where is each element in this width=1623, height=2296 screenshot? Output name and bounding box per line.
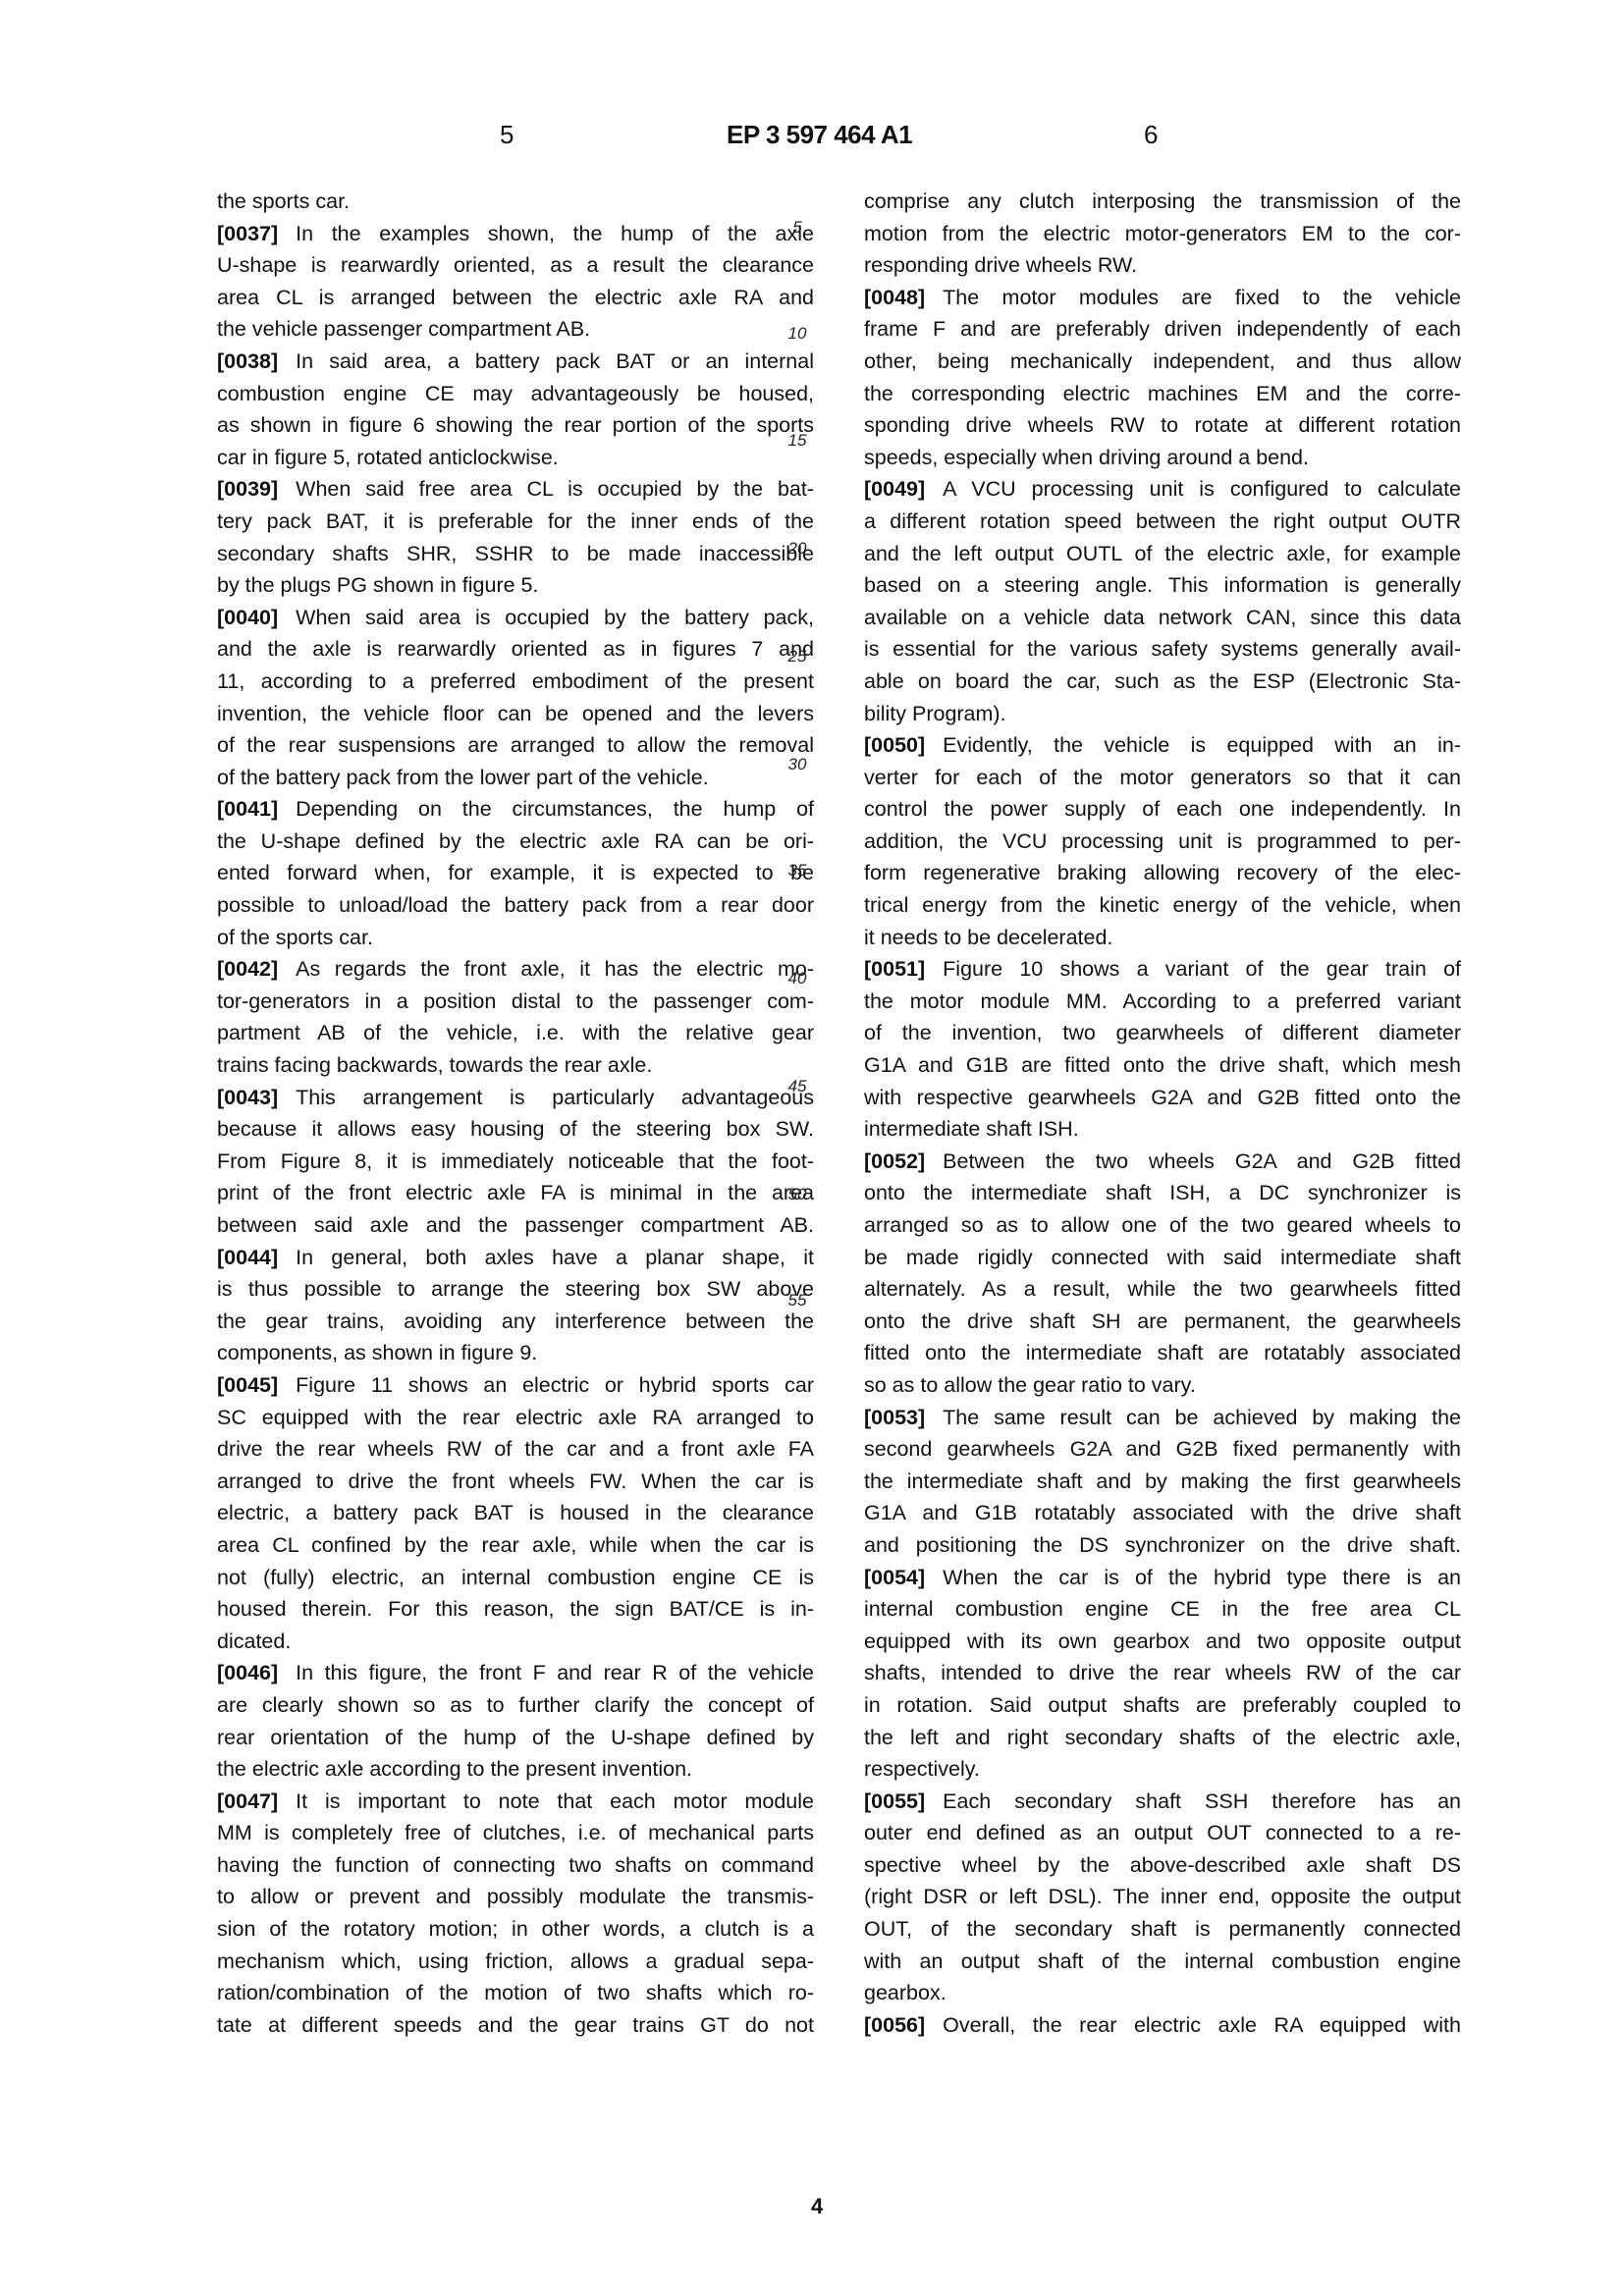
text-line: between said axle and the passenger comp…: [217, 1209, 814, 1242]
margin-line-number: 15: [778, 431, 817, 451]
text-line: of the sports car.: [217, 922, 814, 954]
text-line: components, as shown in figure 9.: [217, 1337, 814, 1369]
line-text: internal combustion engine CE in the fre…: [864, 1597, 1461, 1621]
line-text: In said area, a battery pack BAT or an i…: [296, 349, 814, 373]
line-text: form regenerative braking allowing recov…: [864, 861, 1461, 884]
paragraph-number: [0052]: [864, 1149, 925, 1173]
text-line: are clearly shown so as to further clari…: [217, 1689, 814, 1722]
text-line: onto the drive shaft SH are permanent, t…: [864, 1306, 1461, 1338]
page-number: 4: [811, 2194, 823, 2219]
line-text: secondary shafts SHR, SSHR to be made in…: [217, 542, 814, 565]
line-text: and the left output OUTL of the electric…: [864, 542, 1461, 565]
line-text: with an output shaft of the internal com…: [864, 1949, 1461, 1973]
text-line: in rotation. Said output shafts are pref…: [864, 1689, 1461, 1722]
line-text: by the plugs PG shown in figure 5.: [217, 573, 538, 597]
line-text: based on a steering angle. This informat…: [864, 573, 1461, 597]
line-text: outer end defined as an output OUT conne…: [864, 1821, 1461, 1844]
line-text: alternately. As a result, while the two …: [864, 1277, 1461, 1301]
line-text: arranged to drive the front wheels FW. W…: [217, 1469, 814, 1493]
paragraph-number: [0047]: [217, 1789, 278, 1813]
line-text: is essential for the various safety syst…: [864, 637, 1461, 661]
text-line: mechanism which, using friction, allows …: [217, 1946, 814, 1978]
line-text: able on board the car, such as the ESP (…: [864, 669, 1461, 693]
text-line: the electric axle according to the prese…: [217, 1753, 814, 1786]
text-line: based on a steering angle. This informat…: [864, 569, 1461, 602]
line-text: speeds, especially when driving around a…: [864, 446, 1309, 469]
line-text: trains facing backwards, towards the rea…: [217, 1053, 652, 1077]
line-text: Overall, the rear electric axle RA equip…: [943, 2013, 1461, 2037]
paragraph-start-line: [0044]In general, both axles have a plan…: [217, 1242, 814, 1274]
text-line: be made rigidly connected with said inte…: [864, 1242, 1461, 1274]
text-line: is essential for the various safety syst…: [864, 633, 1461, 666]
text-line: SC equipped with the rear electric axle …: [217, 1402, 814, 1434]
paragraph-number: [0040]: [217, 606, 278, 629]
text-line: print of the front electric axle FA is m…: [217, 1177, 814, 1209]
text-line: bility Program).: [864, 698, 1461, 730]
text-line: rear orientation of the hump of the U-sh…: [217, 1722, 814, 1754]
paragraph-number: [0039]: [217, 477, 278, 501]
line-text: OUT, of the secondary shaft is permanent…: [864, 1917, 1461, 1941]
line-text: of the invention, two gearwheels of diff…: [864, 1021, 1461, 1044]
text-line: the gear trains, avoiding any interferen…: [217, 1306, 814, 1338]
paragraph-number: [0049]: [864, 477, 925, 501]
line-text: not (fully) electric, an internal combus…: [217, 1566, 814, 1589]
text-line: having the function of connecting two sh…: [217, 1849, 814, 1882]
text-line: electric, a battery pack BAT is housed i…: [217, 1497, 814, 1529]
text-line: trains facing backwards, towards the rea…: [217, 1049, 814, 1082]
paragraph-start-line: [0042]As regards the front axle, it has …: [217, 953, 814, 986]
line-text: It is important to note that each motor …: [296, 1789, 814, 1813]
text-line: invention, the vehicle floor can be open…: [217, 698, 814, 730]
line-text: and positioning the DS synchronizer on t…: [864, 1533, 1461, 1557]
text-line: it needs to be decelerated.: [864, 922, 1461, 954]
line-text: sion of the rotatory motion; in other wo…: [217, 1917, 814, 1941]
text-line: onto the intermediate shaft ISH, a DC sy…: [864, 1177, 1461, 1209]
text-line: From Figure 8, it is immediately noticea…: [217, 1146, 814, 1178]
line-text: spective wheel by the above-described ax…: [864, 1853, 1461, 1877]
line-text: the gear trains, avoiding any interferen…: [217, 1309, 814, 1333]
text-line: drive the rear wheels RW of the car and …: [217, 1433, 814, 1466]
paragraph-number: [0050]: [864, 733, 925, 757]
line-text: shafts, intended to drive the rear wheel…: [864, 1661, 1461, 1684]
line-text: From Figure 8, it is immediately noticea…: [217, 1149, 814, 1173]
text-line: arranged so as to allow one of the two g…: [864, 1209, 1461, 1242]
text-line: ented forward when, for example, it is e…: [217, 857, 814, 889]
text-line: second gearwheels G2A and G2B fixed perm…: [864, 1433, 1461, 1466]
paragraph-start-line: [0049]A VCU processing unit is configure…: [864, 473, 1461, 506]
text-line: (right DSR or left DSL). The inner end, …: [864, 1881, 1461, 1913]
text-line: spective wheel by the above-described ax…: [864, 1849, 1461, 1882]
line-text: area CL is arranged between the electric…: [217, 286, 814, 309]
line-text: mechanism which, using friction, allows …: [217, 1949, 814, 1973]
line-text: The motor modules are fixed to the vehic…: [943, 286, 1461, 309]
line-text: gearbox.: [864, 1981, 947, 2004]
line-text: U-shape is rearwardly oriented, as a res…: [217, 253, 814, 277]
text-line: tery pack BAT, it is preferable for the …: [217, 506, 814, 538]
publication-number: EP 3 597 464 A1: [727, 120, 912, 149]
text-line: outer end defined as an output OUT conne…: [864, 1817, 1461, 1849]
text-line: possible to unload/load the battery pack…: [217, 889, 814, 922]
paragraph-start-line: [0055]Each secondary shaft SSH therefore…: [864, 1786, 1461, 1818]
line-text: the sports car.: [217, 189, 350, 213]
line-text: to allow or prevent and possibly modulat…: [217, 1885, 814, 1908]
line-text: be made rigidly connected with said inte…: [864, 1246, 1461, 1269]
paragraph-number: [0056]: [864, 2013, 925, 2037]
line-text: bility Program).: [864, 702, 1006, 725]
text-line: frame F and are preferably driven indepe…: [864, 313, 1461, 346]
line-text: available on a vehicle data network CAN,…: [864, 606, 1461, 629]
line-text: area CL confined by the rear axle, while…: [217, 1533, 814, 1557]
paragraph-start-line: [0053]The same result can be achieved by…: [864, 1402, 1461, 1434]
text-line: as shown in figure 6 showing the rear po…: [217, 409, 814, 442]
line-text: are clearly shown so as to further clari…: [217, 1693, 814, 1717]
paragraph-start-line: [0047]It is important to note that each …: [217, 1786, 814, 1818]
text-line: intermediate shaft ISH.: [864, 1113, 1461, 1146]
line-text: trical energy from the kinetic energy of…: [864, 893, 1461, 917]
line-text: of the battery pack from the lower part …: [217, 766, 709, 789]
line-text: The same result can be achieved by makin…: [943, 1406, 1461, 1429]
line-text: control the power supply of each one ind…: [864, 797, 1461, 821]
line-text: tor-generators in a position distal to t…: [217, 989, 814, 1013]
line-text: ration/combination of the motion of two …: [217, 1981, 814, 2004]
text-line: tate at different speeds and the gear tr…: [217, 2009, 814, 2042]
text-line: alternately. As a result, while the two …: [864, 1273, 1461, 1306]
line-text: In this figure, the front F and rear R o…: [296, 1661, 814, 1684]
text-line: respectively.: [864, 1753, 1461, 1786]
line-text: because it allows easy housing of the st…: [217, 1117, 814, 1141]
paragraph-start-line: [0054]When the car is of the hybrid type…: [864, 1562, 1461, 1594]
line-text: the intermediate shaft and by making the…: [864, 1469, 1461, 1493]
line-text: frame F and are preferably driven indepe…: [864, 317, 1461, 341]
text-line: area CL confined by the rear axle, while…: [217, 1529, 814, 1562]
right-text-column: comprise any clutch interposing the tran…: [864, 186, 1461, 2041]
line-text: as shown in figure 6 showing the rear po…: [217, 413, 814, 437]
paragraph-number: [0043]: [217, 1086, 278, 1109]
line-text: the motor module MM. According to a pref…: [864, 989, 1461, 1013]
text-line: gearbox.: [864, 1977, 1461, 2009]
line-text: car in figure 5, rotated anticlockwise.: [217, 446, 559, 469]
text-line: internal combustion engine CE in the fre…: [864, 1593, 1461, 1626]
text-line: U-shape is rearwardly oriented, as a res…: [217, 249, 814, 282]
text-line: other, being mechanically independent, a…: [864, 346, 1461, 378]
text-line: addition, the VCU processing unit is pro…: [864, 826, 1461, 858]
paragraph-start-line: [0050]Evidently, the vehicle is equipped…: [864, 729, 1461, 762]
text-line: motion from the electric motor-generator…: [864, 218, 1461, 250]
text-line: comprise any clutch interposing the tran…: [864, 186, 1461, 218]
paragraph-start-line: [0045]Figure 11 shows an electric or hyb…: [217, 1369, 814, 1402]
right-column-number: 6: [1144, 120, 1158, 149]
line-text: As regards the front axle, it has the el…: [296, 957, 814, 981]
line-text: A VCU processing unit is configured to c…: [943, 477, 1461, 501]
paragraph-start-line: [0048]The motor modules are fixed to the…: [864, 282, 1461, 314]
line-text: motion from the electric motor-generator…: [864, 222, 1461, 245]
margin-line-number: 20: [778, 539, 817, 559]
margin-line-number: 30: [778, 755, 817, 774]
paragraph-number: [0055]: [864, 1789, 925, 1813]
text-line: MM is completely free of clutches, i.e. …: [217, 1817, 814, 1849]
text-line: sponding drive wheels RW to rotate at di…: [864, 409, 1461, 442]
text-line: with respective gearwheels G2A and G2B f…: [864, 1082, 1461, 1114]
line-text: of the sports car.: [217, 926, 373, 949]
text-line: the U-shape defined by the electric axle…: [217, 826, 814, 858]
text-line: and the left output OUTL of the electric…: [864, 538, 1461, 570]
line-text: Each secondary shaft SSH therefore has a…: [943, 1789, 1461, 1813]
line-text: In general, both axles have a planar sha…: [296, 1246, 814, 1269]
line-text: MM is completely free of clutches, i.e. …: [217, 1821, 814, 1844]
paragraph-number: [0053]: [864, 1406, 925, 1429]
text-line: area CL is arranged between the electric…: [217, 282, 814, 314]
line-text: This arrangement is particularly advanta…: [296, 1086, 814, 1109]
line-text: Between the two wheels G2A and G2B fitte…: [943, 1149, 1461, 1173]
line-text: of the rear suspensions are arranged to …: [217, 733, 814, 757]
paragraph-start-line: [0051]Figure 10 shows a variant of the g…: [864, 953, 1461, 986]
line-text: 11, according to a preferred embodiment …: [217, 669, 814, 693]
left-column-number: 5: [500, 120, 514, 149]
text-line: form regenerative braking allowing recov…: [864, 857, 1461, 889]
text-line: of the rear suspensions are arranged to …: [217, 729, 814, 762]
text-line: not (fully) electric, an internal combus…: [217, 1562, 814, 1594]
line-text: second gearwheels G2A and G2B fixed perm…: [864, 1437, 1461, 1461]
text-line: of the battery pack from the lower part …: [217, 762, 814, 794]
paragraph-number: [0037]: [217, 222, 278, 245]
text-line: is thus possible to arrange the steering…: [217, 1273, 814, 1306]
text-line: and the axle is rearwardly oriented as i…: [217, 633, 814, 666]
text-line: the left and right secondary shafts of t…: [864, 1722, 1461, 1754]
text-line: equipped with its own gearbox and two op…: [864, 1626, 1461, 1658]
line-text: dicated.: [217, 1629, 291, 1653]
paragraph-start-line: [0038]In said area, a battery pack BAT o…: [217, 346, 814, 378]
line-text: the electric axle according to the prese…: [217, 1757, 692, 1781]
line-text: comprise any clutch interposing the tran…: [864, 189, 1461, 213]
text-line: speeds, especially when driving around a…: [864, 442, 1461, 474]
line-text: responding drive wheels RW.: [864, 253, 1137, 277]
line-text: and the axle is rearwardly oriented as i…: [217, 637, 814, 661]
line-text: When said free area CL is occupied by th…: [296, 477, 814, 501]
paragraph-number: [0041]: [217, 797, 278, 821]
line-text: respectively.: [864, 1757, 980, 1781]
text-line: ration/combination of the motion of two …: [217, 1977, 814, 2009]
line-text: onto the drive shaft SH are permanent, t…: [864, 1309, 1461, 1333]
paragraph-number: [0045]: [217, 1373, 278, 1397]
text-line: trical energy from the kinetic energy of…: [864, 889, 1461, 922]
text-line: a different rotation speed between the r…: [864, 506, 1461, 538]
text-line: sion of the rotatory motion; in other wo…: [217, 1913, 814, 1946]
text-line: the sports car.: [217, 186, 814, 218]
margin-line-number: 40: [778, 969, 817, 988]
margin-line-number: 45: [778, 1077, 817, 1096]
line-text: arranged so as to allow one of the two g…: [864, 1213, 1461, 1237]
text-line: and positioning the DS synchronizer on t…: [864, 1529, 1461, 1562]
text-line: combustion engine CE may advantageously …: [217, 378, 814, 410]
text-line: the vehicle passenger compartment AB.: [217, 313, 814, 346]
paragraph-start-line: [0041]Depending on the circumstances, th…: [217, 793, 814, 826]
margin-line-number: 55: [778, 1291, 817, 1310]
line-text: Evidently, the vehicle is equipped with …: [943, 733, 1461, 757]
line-text: G1A and G1B rotatably associated with th…: [864, 1501, 1461, 1524]
line-text: having the function of connecting two sh…: [217, 1853, 814, 1877]
line-text: is thus possible to arrange the steering…: [217, 1277, 814, 1301]
line-text: (right DSR or left DSL). The inner end, …: [864, 1885, 1461, 1908]
margin-line-number: 35: [778, 861, 817, 881]
line-text: electric, a battery pack BAT is housed i…: [217, 1501, 814, 1524]
line-text: fitted onto the intermediate shaft are r…: [864, 1341, 1461, 1364]
paragraph-start-line: [0037]In the examples shown, the hump of…: [217, 218, 814, 250]
paragraph-start-line: [0046]In this figure, the front F and re…: [217, 1657, 814, 1689]
margin-line-number: 50: [778, 1185, 817, 1204]
text-line: able on board the car, such as the ESP (…: [864, 666, 1461, 698]
line-text: addition, the VCU processing unit is pro…: [864, 829, 1461, 853]
paragraph-start-line: [0039]When said free area CL is occupied…: [217, 473, 814, 506]
line-text: print of the front electric axle FA is m…: [217, 1181, 814, 1204]
line-text: G1A and G1B are fitted onto the drive sh…: [864, 1053, 1461, 1077]
paragraph-start-line: [0040]When said area is occupied by the …: [217, 602, 814, 634]
line-text: When said area is occupied by the batter…: [296, 606, 814, 629]
text-line: by the plugs PG shown in figure 5.: [217, 569, 814, 602]
paragraph-number: [0042]: [217, 957, 278, 981]
paragraph-number: [0051]: [864, 957, 925, 981]
line-text: Figure 11 shows an electric or hybrid sp…: [296, 1373, 814, 1397]
text-line: shafts, intended to drive the rear wheel…: [864, 1657, 1461, 1689]
line-text: components, as shown in figure 9.: [217, 1341, 537, 1364]
text-line: of the invention, two gearwheels of diff…: [864, 1017, 1461, 1049]
line-text: verter for each of the motor generators …: [864, 766, 1461, 789]
line-text: In the examples shown, the hump of the a…: [296, 222, 814, 245]
line-text: it needs to be decelerated.: [864, 926, 1112, 949]
line-text: possible to unload/load the battery pack…: [217, 893, 814, 917]
text-line: fitted onto the intermediate shaft are r…: [864, 1337, 1461, 1369]
text-line: partment AB of the vehicle, i.e. with th…: [217, 1017, 814, 1049]
line-text: with respective gearwheels G2A and G2B f…: [864, 1086, 1461, 1109]
line-text: drive the rear wheels RW of the car and …: [217, 1437, 814, 1461]
text-line: with an output shaft of the internal com…: [864, 1946, 1461, 1978]
line-text: sponding drive wheels RW to rotate at di…: [864, 413, 1461, 437]
margin-line-number: 5: [778, 218, 817, 238]
text-line: arranged to drive the front wheels FW. W…: [217, 1466, 814, 1498]
line-text: a different rotation speed between the r…: [864, 509, 1461, 533]
text-line: 11, according to a preferred embodiment …: [217, 666, 814, 698]
text-line: because it allows easy housing of the st…: [217, 1113, 814, 1146]
line-text: the corresponding electric machines EM a…: [864, 382, 1461, 405]
text-line: control the power supply of each one ind…: [864, 793, 1461, 826]
line-text: the vehicle passenger compartment AB.: [217, 317, 590, 341]
paragraph-start-line: [0043]This arrangement is particularly a…: [217, 1082, 814, 1114]
text-line: G1A and G1B rotatably associated with th…: [864, 1497, 1461, 1529]
paragraph-number: [0048]: [864, 286, 925, 309]
text-line: car in figure 5, rotated anticlockwise.: [217, 442, 814, 474]
left-text-column: the sports car.[0037]In the examples sho…: [217, 186, 814, 2041]
paragraph-number: [0038]: [217, 349, 278, 373]
line-text: so as to allow the gear ratio to vary.: [864, 1373, 1196, 1397]
text-line: G1A and G1B are fitted onto the drive sh…: [864, 1049, 1461, 1082]
paragraph-start-line: [0052]Between the two wheels G2A and G2B…: [864, 1146, 1461, 1178]
line-text: invention, the vehicle floor can be open…: [217, 702, 814, 725]
paragraph-number: [0046]: [217, 1661, 278, 1684]
text-line: tor-generators in a position distal to t…: [217, 986, 814, 1018]
line-text: Figure 10 shows a variant of the gear tr…: [943, 957, 1461, 981]
text-line: the motor module MM. According to a pref…: [864, 986, 1461, 1018]
line-text: other, being mechanically independent, a…: [864, 349, 1461, 373]
text-line: verter for each of the motor generators …: [864, 762, 1461, 794]
text-line: dicated.: [217, 1626, 814, 1658]
line-text: tate at different speeds and the gear tr…: [217, 2013, 814, 2037]
paragraph-number: [0054]: [864, 1566, 925, 1589]
line-text: between said axle and the passenger comp…: [217, 1213, 814, 1237]
line-text: ented forward when, for example, it is e…: [217, 861, 814, 884]
text-line: OUT, of the secondary shaft is permanent…: [864, 1913, 1461, 1946]
line-text: intermediate shaft ISH.: [864, 1117, 1079, 1141]
text-line: secondary shafts SHR, SSHR to be made in…: [217, 538, 814, 570]
line-text: the U-shape defined by the electric axle…: [217, 829, 814, 853]
text-line: available on a vehicle data network CAN,…: [864, 602, 1461, 634]
text-line: the corresponding electric machines EM a…: [864, 378, 1461, 410]
line-text: the left and right secondary shafts of t…: [864, 1726, 1461, 1749]
line-text: partment AB of the vehicle, i.e. with th…: [217, 1021, 814, 1044]
line-text: equipped with its own gearbox and two op…: [864, 1629, 1461, 1653]
text-line: housed therein. For this reason, the sig…: [217, 1593, 814, 1626]
line-text: When the car is of the hybrid type there…: [943, 1566, 1461, 1589]
margin-line-number: 25: [778, 647, 817, 667]
paragraph-start-line: [0056]Overall, the rear electric axle RA…: [864, 2009, 1461, 2042]
line-text: combustion engine CE may advantageously …: [217, 382, 814, 405]
text-line: the intermediate shaft and by making the…: [864, 1466, 1461, 1498]
line-text: housed therein. For this reason, the sig…: [217, 1597, 814, 1621]
text-line: to allow or prevent and possibly modulat…: [217, 1881, 814, 1913]
line-text: SC equipped with the rear electric axle …: [217, 1406, 814, 1429]
line-text: rear orientation of the hump of the U-sh…: [217, 1726, 814, 1749]
margin-line-number: 10: [778, 324, 817, 344]
line-text: in rotation. Said output shafts are pref…: [864, 1693, 1461, 1717]
paragraph-number: [0044]: [217, 1246, 278, 1269]
line-text: Depending on the circumstances, the hump…: [296, 797, 814, 821]
line-text: onto the intermediate shaft ISH, a DC sy…: [864, 1181, 1461, 1204]
line-text: tery pack BAT, it is preferable for the …: [217, 509, 814, 533]
text-line: so as to allow the gear ratio to vary.: [864, 1369, 1461, 1402]
text-line: responding drive wheels RW.: [864, 249, 1461, 282]
